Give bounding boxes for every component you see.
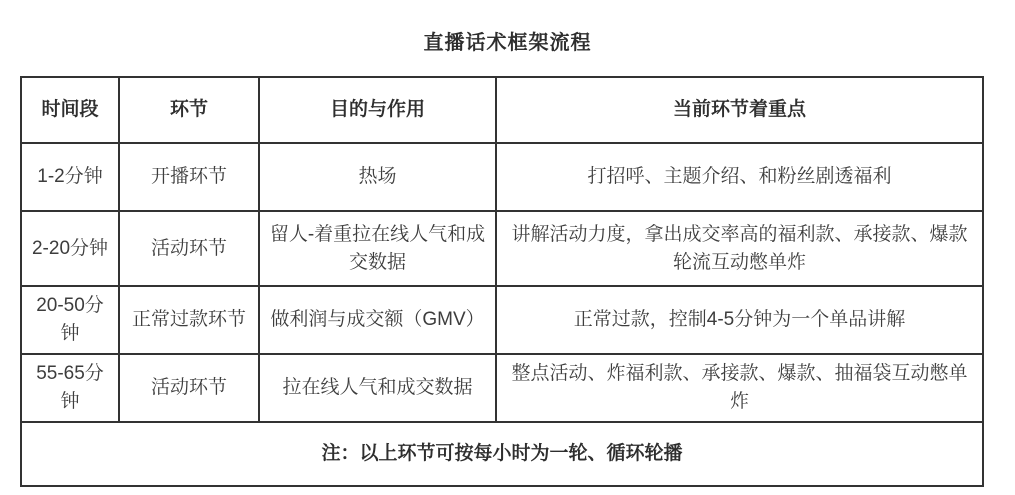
header-focus: 当前环节着重点 [496,77,983,143]
table-row: 55-65分钟 活动环节 拉在线人气和成交数据 整点活动、炸福利款、承接款、爆款… [21,354,983,422]
footnote-row: 注：以上环节可按每小时为一轮、循环轮播 [21,422,983,486]
cell-focus: 讲解活动力度，拿出成交率高的福利款、承接款、爆款轮流互动憋单炸 [496,211,983,286]
footnote-cell: 注：以上环节可按每小时为一轮、循环轮播 [21,422,983,486]
cell-time-period: 2-20分钟 [21,211,119,286]
header-purpose: 目的与作用 [259,77,496,143]
cell-stage: 正常过款环节 [119,286,259,354]
cell-focus: 正常过款，控制4-5分钟为一个单品讲解 [496,286,983,354]
cell-purpose: 热场 [259,143,496,211]
header-time-period: 时间段 [21,77,119,143]
document-page: 直播话术框架流程 时间段 环节 目的与作用 当前环节着重点 1-2分钟 开播环节… [0,0,1015,495]
cell-time-period: 20-50分钟 [21,286,119,354]
page-title: 直播话术框架流程 [0,26,1015,55]
cell-stage: 活动环节 [119,354,259,422]
cell-focus: 打招呼、主题介绍、和粉丝剧透福利 [496,143,983,211]
cell-stage: 活动环节 [119,211,259,286]
header-stage: 环节 [119,77,259,143]
framework-table: 时间段 环节 目的与作用 当前环节着重点 1-2分钟 开播环节 热场 打招呼、主… [20,76,984,487]
table-row: 20-50分钟 正常过款环节 做利润与成交额（GMV） 正常过款，控制4-5分钟… [21,286,983,354]
cell-purpose: 做利润与成交额（GMV） [259,286,496,354]
table-row: 1-2分钟 开播环节 热场 打招呼、主题介绍、和粉丝剧透福利 [21,143,983,211]
cell-focus: 整点活动、炸福利款、承接款、爆款、抽福袋互动憋单炸 [496,354,983,422]
table-row: 2-20分钟 活动环节 留人-着重拉在线人气和成交数据 讲解活动力度，拿出成交率… [21,211,983,286]
cell-time-period: 55-65分钟 [21,354,119,422]
cell-time-period: 1-2分钟 [21,143,119,211]
header-row: 时间段 环节 目的与作用 当前环节着重点 [21,77,983,143]
cell-purpose: 留人-着重拉在线人气和成交数据 [259,211,496,286]
cell-purpose: 拉在线人气和成交数据 [259,354,496,422]
cell-stage: 开播环节 [119,143,259,211]
